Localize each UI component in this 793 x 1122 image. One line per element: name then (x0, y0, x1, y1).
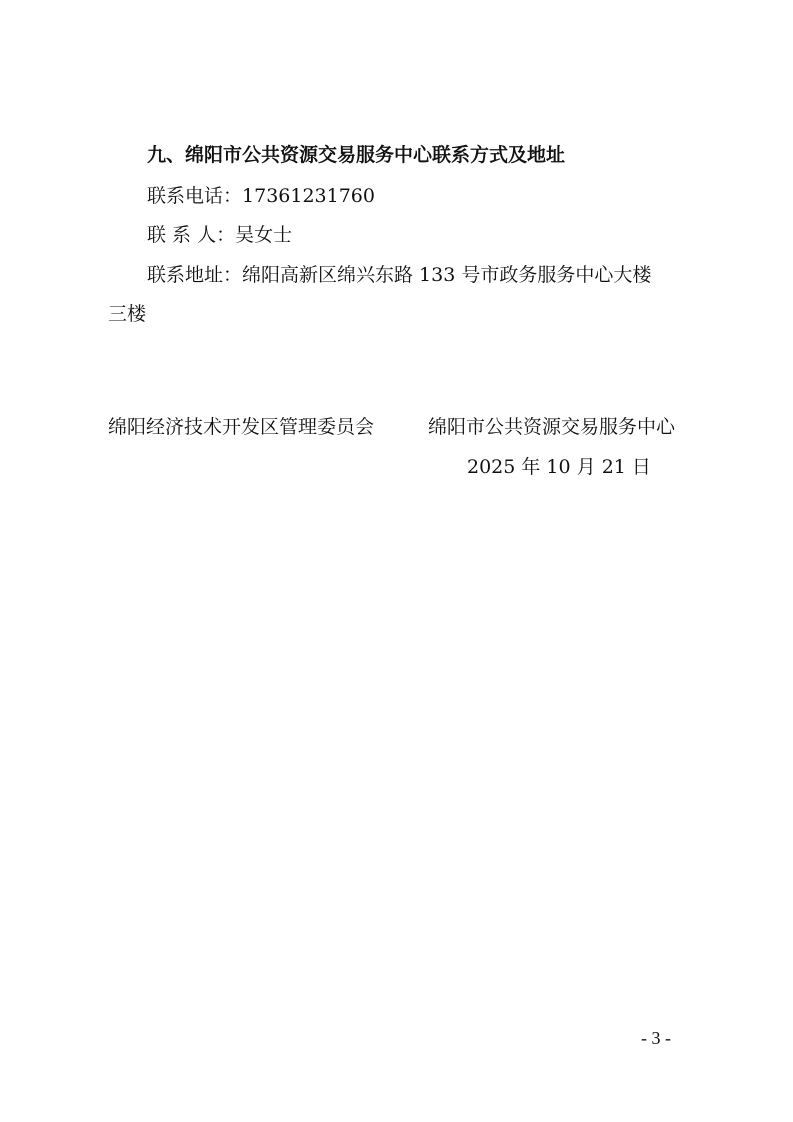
contact-person-label: 联 系 人： (147, 224, 235, 246)
section-heading: 九、绵阳市公共资源交易服务中心联系方式及地址 (147, 143, 565, 167)
address-value: 绵阳高新区绵兴东路 133 号市政务服务中心大楼 (242, 264, 651, 286)
phone-line: 联系电话：17361231760 (147, 184, 375, 208)
address-continuation: 三楼 (108, 302, 146, 326)
signature-date: 2025 年 10 月 21 日 (467, 455, 651, 479)
contact-person-line: 联 系 人：吴女士 (147, 223, 292, 247)
phone-value: 17361231760 (242, 185, 375, 207)
address-line: 联系地址：绵阳高新区绵兴东路 133 号市政务服务中心大楼 (147, 263, 651, 287)
contact-person-value: 吴女士 (235, 224, 292, 246)
signature-org-right: 绵阳市公共资源交易服务中心 (428, 415, 675, 439)
phone-label: 联系电话： (147, 185, 242, 207)
signature-org-left: 绵阳经济技术开发区管理委员会 (108, 415, 374, 439)
address-label: 联系地址： (147, 264, 242, 286)
page-number: - 3 - (641, 1028, 671, 1049)
